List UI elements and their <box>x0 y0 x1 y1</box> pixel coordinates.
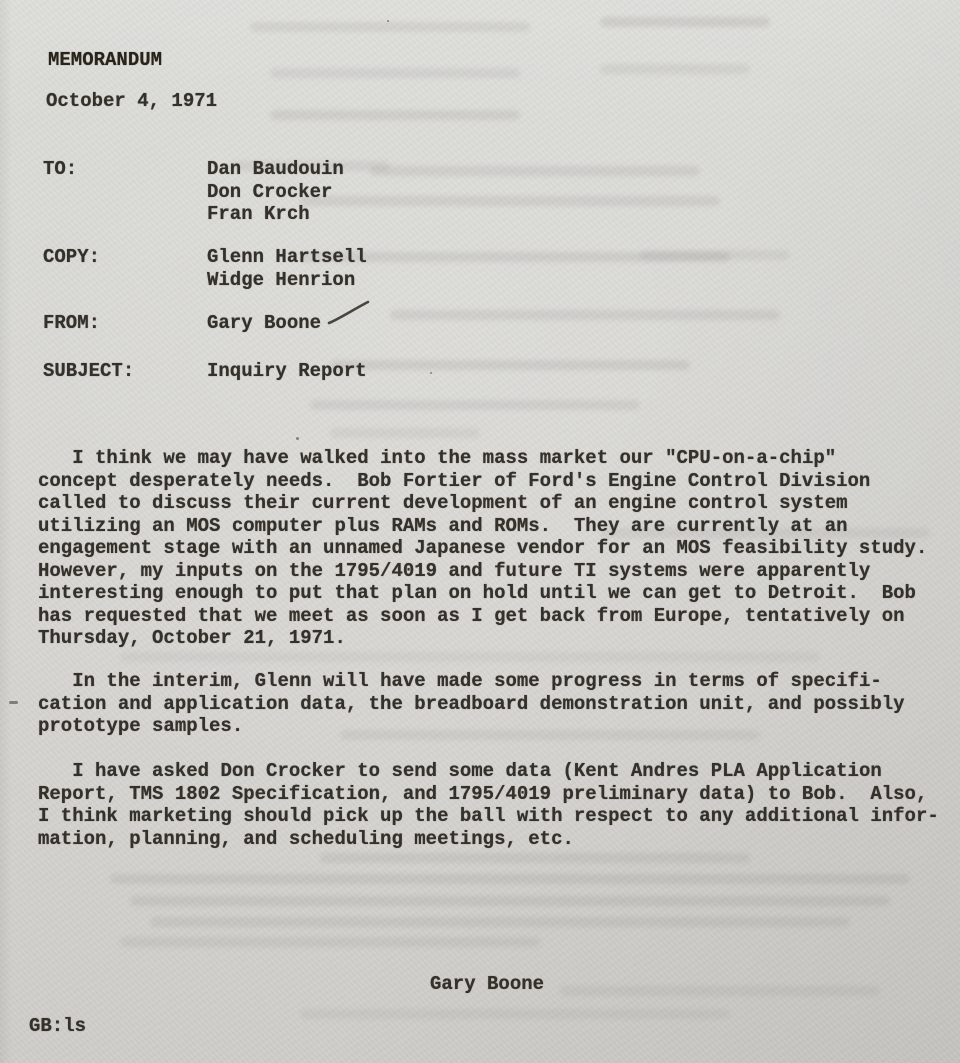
subject-value: Inquiry Report <box>207 360 367 383</box>
ghost-text-smudge <box>330 428 480 438</box>
from-value: Gary Boone <box>207 312 321 335</box>
copy-label: COPY: <box>43 246 207 269</box>
ink-speck <box>387 20 389 22</box>
ghost-text-smudge <box>120 937 540 947</box>
typist-initials: GB:ls <box>29 1015 86 1038</box>
from-field: FROM:Gary Boone <box>43 312 321 335</box>
ghost-text-smudge <box>600 17 770 27</box>
ghost-text-smudge <box>270 68 520 78</box>
subject-field: SUBJECT:Inquiry Report <box>43 360 367 383</box>
copy-value: Glenn Hartsell Widge Henrion <box>207 246 367 291</box>
doc-type-heading: MEMORANDUM <box>48 49 162 72</box>
ghost-text-smudge <box>640 250 790 260</box>
ghost-text-smudge <box>300 196 720 206</box>
handwritten-tick-mark <box>326 299 372 327</box>
ghost-text-smudge <box>270 110 520 120</box>
to-field: TO:Dan Baudouin Don Crocker Fran Krch <box>43 158 344 226</box>
ink-speck <box>9 701 18 704</box>
ghost-text-smudge <box>150 917 850 927</box>
ghost-text-smudge <box>130 896 890 906</box>
memo-date: October 4, 1971 <box>46 90 217 113</box>
ghost-text-smudge <box>370 166 700 176</box>
ghost-text-smudge <box>560 986 880 996</box>
ghost-text-smudge <box>600 64 750 74</box>
ink-speck <box>296 437 299 440</box>
ghost-text-smudge <box>120 652 820 662</box>
ink-speck <box>430 372 432 374</box>
ghost-text-smudge <box>320 853 750 863</box>
ghost-text-smudge <box>390 310 780 320</box>
ghost-text-smudge <box>250 22 530 32</box>
body-paragraph-1: I think we may have walked into the mass… <box>38 447 943 650</box>
ghost-text-smudge <box>110 874 910 884</box>
memo-page: MEMORANDUM October 4, 1971 TO:Dan Baudou… <box>0 0 960 1063</box>
to-value: Dan Baudouin Don Crocker Fran Krch <box>207 158 344 226</box>
subject-label: SUBJECT: <box>43 360 207 383</box>
body-paragraph-2: In the interim, Glenn will have made som… <box>38 670 943 738</box>
from-label: FROM: <box>43 312 207 335</box>
ghost-text-smudge <box>310 400 640 410</box>
signature-name: Gary Boone <box>430 973 544 996</box>
to-label: TO: <box>43 158 207 181</box>
copy-field: COPY:Glenn Hartsell Widge Henrion <box>43 246 367 291</box>
ghost-text-smudge <box>300 1009 730 1019</box>
ghost-text-smudge <box>330 360 690 370</box>
body-paragraph-3: I have asked Don Crocker to send some da… <box>38 760 943 850</box>
